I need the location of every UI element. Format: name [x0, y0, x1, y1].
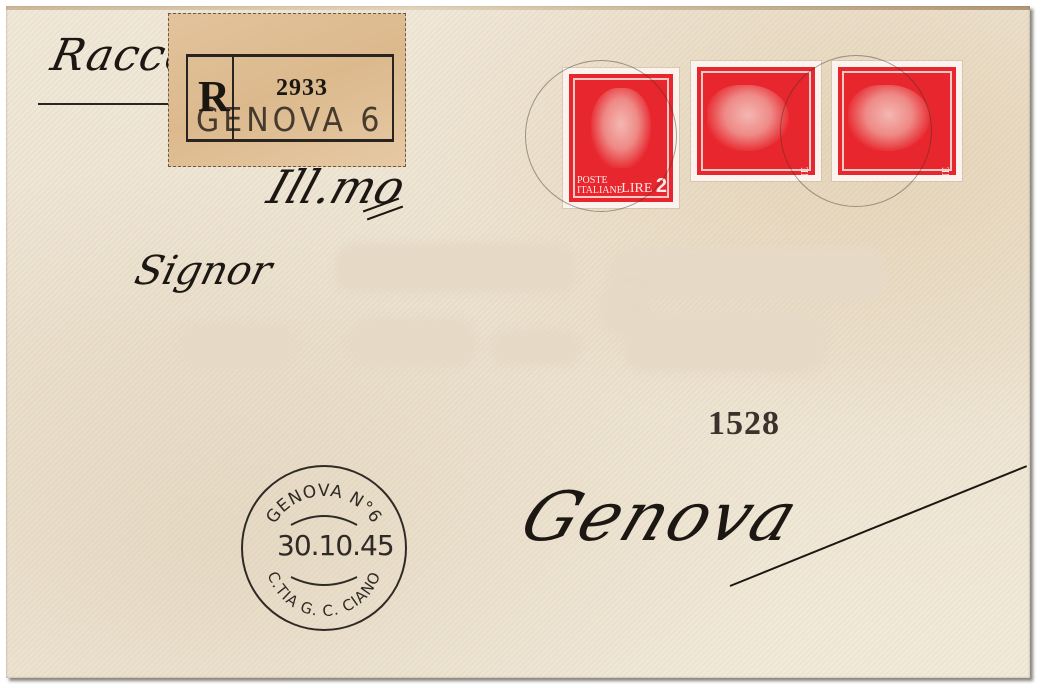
reference-number: 1528	[708, 405, 780, 443]
redacted-address	[335, 243, 575, 293]
cancellation-mark	[525, 60, 677, 212]
svg-text:C.TIA G. C. CIANO: C.TIA G. C. CIANO	[264, 569, 385, 621]
postmark: GENOVA N°6 C.TIA G. C. CIANO 30.10.45	[241, 465, 407, 631]
redacted-address	[490, 330, 580, 365]
registration-box: R 2933 GENOVA 6	[186, 54, 394, 142]
registration-number: 2933	[276, 75, 328, 102]
redacted-address	[610, 248, 885, 300]
salutation: Signor	[130, 248, 276, 294]
registration-office: GENOVA 6	[196, 101, 383, 140]
salutation-title: Ill.mo	[261, 160, 412, 214]
portrait-head-icon	[707, 85, 789, 151]
destination-city: Genova	[511, 478, 810, 557]
annotation-underline	[38, 103, 170, 105]
stamp-country: POSTE ITALIANE	[942, 167, 952, 175]
cancellation-mark	[780, 55, 932, 207]
edge-stain	[6, 6, 1030, 10]
redacted-address	[180, 325, 295, 367]
redacted-address	[625, 312, 825, 372]
svg-text:GENOVA N°6: GENOVA N°6	[262, 481, 386, 527]
postmark-date: 30.10.45	[277, 529, 377, 562]
registration-label: R 2933 GENOVA 6	[168, 13, 406, 167]
redacted-address	[350, 318, 475, 366]
